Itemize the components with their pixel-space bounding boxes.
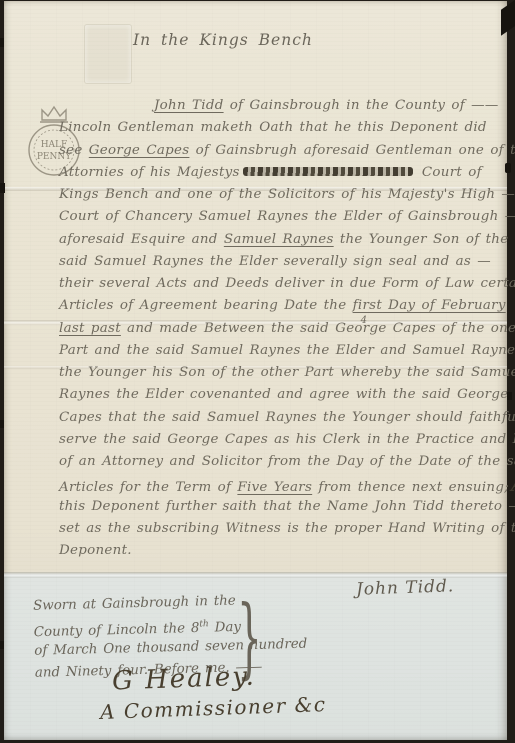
photo-edge-mark — [507, 392, 512, 400]
commissioner-title: A Commissioner &c — [100, 692, 327, 724]
body-line-21: Deponent. — [59, 541, 515, 563]
document-page: HALF PENNY In the Kings Bench John Tidd … — [4, 1, 507, 740]
body-line-14: Raynes the Elder covenanted and agree wi… — [59, 385, 515, 407]
commissioner-signature: G Healey. — [112, 661, 257, 696]
handwritten-text: Raynes the Elder covenanted and agree wi… — [59, 387, 515, 402]
body-line-3: see George Capes of Gainsbrugh aforesaid… — [59, 141, 515, 163]
body-line-9: their several Acts and Deeds deliver in … — [59, 274, 515, 296]
handwritten-text: of an Attorney and Solicitor from the Da… — [59, 454, 515, 469]
photo-edge-mark — [0, 420, 4, 428]
photo-edge-mark — [0, 641, 4, 649]
handwritten-text: Day of February — [382, 298, 506, 313]
handwritten-text: Lincoln Gentleman maketh Oath that he th… — [59, 120, 487, 135]
handwritten-text: serve the said George Capes as his Clerk… — [59, 432, 515, 447]
affidavit-body: John Tidd of Gainsbrough in the County o… — [59, 96, 515, 563]
body-line-5: Kings Bench and one of the Solicitors of… — [59, 185, 515, 207]
emphasized-word: And — [511, 472, 515, 496]
handwritten-text: the Younger Son of the — [334, 232, 509, 247]
document-heading: In the Kings Bench — [133, 31, 313, 49]
handwritten-text: Articles for the Term of — [59, 480, 237, 495]
body-line-11: last past and made Between the said Geor… — [59, 319, 515, 341]
handwritten-text: Articles of Agreement bearing Date the — [59, 298, 353, 313]
handwritten-text: from thence next ensuing; — [312, 480, 509, 495]
body-line-1: John Tidd of Gainsbrough in the County o… — [59, 96, 515, 118]
handwritten-text: th — [199, 619, 209, 629]
handwritten-text: Kings Bench and one of the Solicitors of… — [59, 187, 515, 202]
body-line-10: Articles of Agreement bearing Date the f… — [59, 296, 515, 318]
handwritten-text: last past — [59, 321, 121, 336]
handwritten-text: see — [59, 143, 89, 158]
handwritten-text: and made Between the said George Capes o… — [121, 321, 515, 336]
photo-of-document: { "colors": { "paper_top": "#eae5d4", "p… — [0, 0, 515, 743]
handwritten-text: Attornies of his Majestys — [59, 165, 240, 180]
handwritten-text: Sworn at Gainsbrough in the — [33, 593, 236, 613]
handwritten-text: Capes that the said Samuel Raynes the Yo… — [59, 410, 515, 425]
embossed-duty-stamp — [84, 24, 132, 84]
photo-edge-mark — [0, 183, 5, 193]
body-line-13: the Younger his Son of the other Part wh… — [59, 363, 515, 385]
deponent-signature: John Tidd. — [356, 576, 455, 599]
handwritten-text: first4 — [353, 298, 382, 313]
body-line-12: Part and the said Samuel Raynes the Elde… — [59, 341, 515, 363]
body-line-16: serve the said George Capes as his Clerk… — [59, 430, 515, 452]
handwritten-text: of Gainsbrough in the County of —— — [224, 98, 499, 113]
handwritten-text: Deponent. — [59, 543, 132, 558]
handwritten-text: Court of Chancery Samuel Raynes the Elde… — [59, 209, 515, 224]
body-line-6: Court of Chancery Samuel Raynes the Elde… — [59, 207, 515, 229]
handwritten-text: said Samuel Raynes the Elder severally s… — [59, 254, 491, 269]
handwritten-text: George Capes — [89, 143, 190, 158]
body-line-8: said Samuel Raynes the Elder severally s… — [59, 252, 515, 274]
body-line-7: aforesaid Esquire and Samuel Raynes the … — [59, 230, 515, 252]
handwritten-text: the Younger his Son of the other Part wh… — [59, 365, 515, 380]
handwritten-text: this Deponent further saith that the Nam… — [59, 499, 515, 514]
handwritten-text: set as the subscribing Witness is the pr… — [59, 521, 515, 536]
handwritten-text: Five Years — [237, 480, 312, 495]
photo-edge-mark — [0, 38, 4, 47]
body-line-17: of an Attorney and Solicitor from the Da… — [59, 452, 515, 474]
struck-out-text — [243, 167, 413, 176]
body-line-15: Capes that the said Samuel Raynes the Yo… — [59, 408, 515, 430]
handwritten-text: of March One thousand seven hundred — [34, 636, 307, 658]
body-line-2: Lincoln Gentleman maketh Oath that he th… — [59, 118, 515, 140]
handwritten-text: of Gainsbrugh aforesaid Gentleman one of… — [189, 143, 515, 158]
handwritten-text: Part and the said Samuel Raynes the Elde… — [59, 343, 515, 358]
handwritten-text: John Tidd — [154, 98, 224, 113]
handwritten-text: Court of — [416, 165, 482, 180]
body-line-20: set as the subscribing Witness is the pr… — [59, 519, 515, 541]
body-line-4: Attornies of his Majestys Court of — [59, 163, 515, 185]
handwritten-text: aforesaid Esquire and — [59, 232, 224, 247]
body-line-18: Articles for the Term of Five Years from… — [59, 474, 515, 496]
body-line-19: this Deponent further saith that the Nam… — [59, 497, 515, 519]
handwritten-text: Samuel Raynes — [224, 232, 334, 247]
photo-edge-mark — [505, 163, 511, 173]
handwritten-text: their several Acts and Deeds deliver in … — [59, 276, 515, 291]
